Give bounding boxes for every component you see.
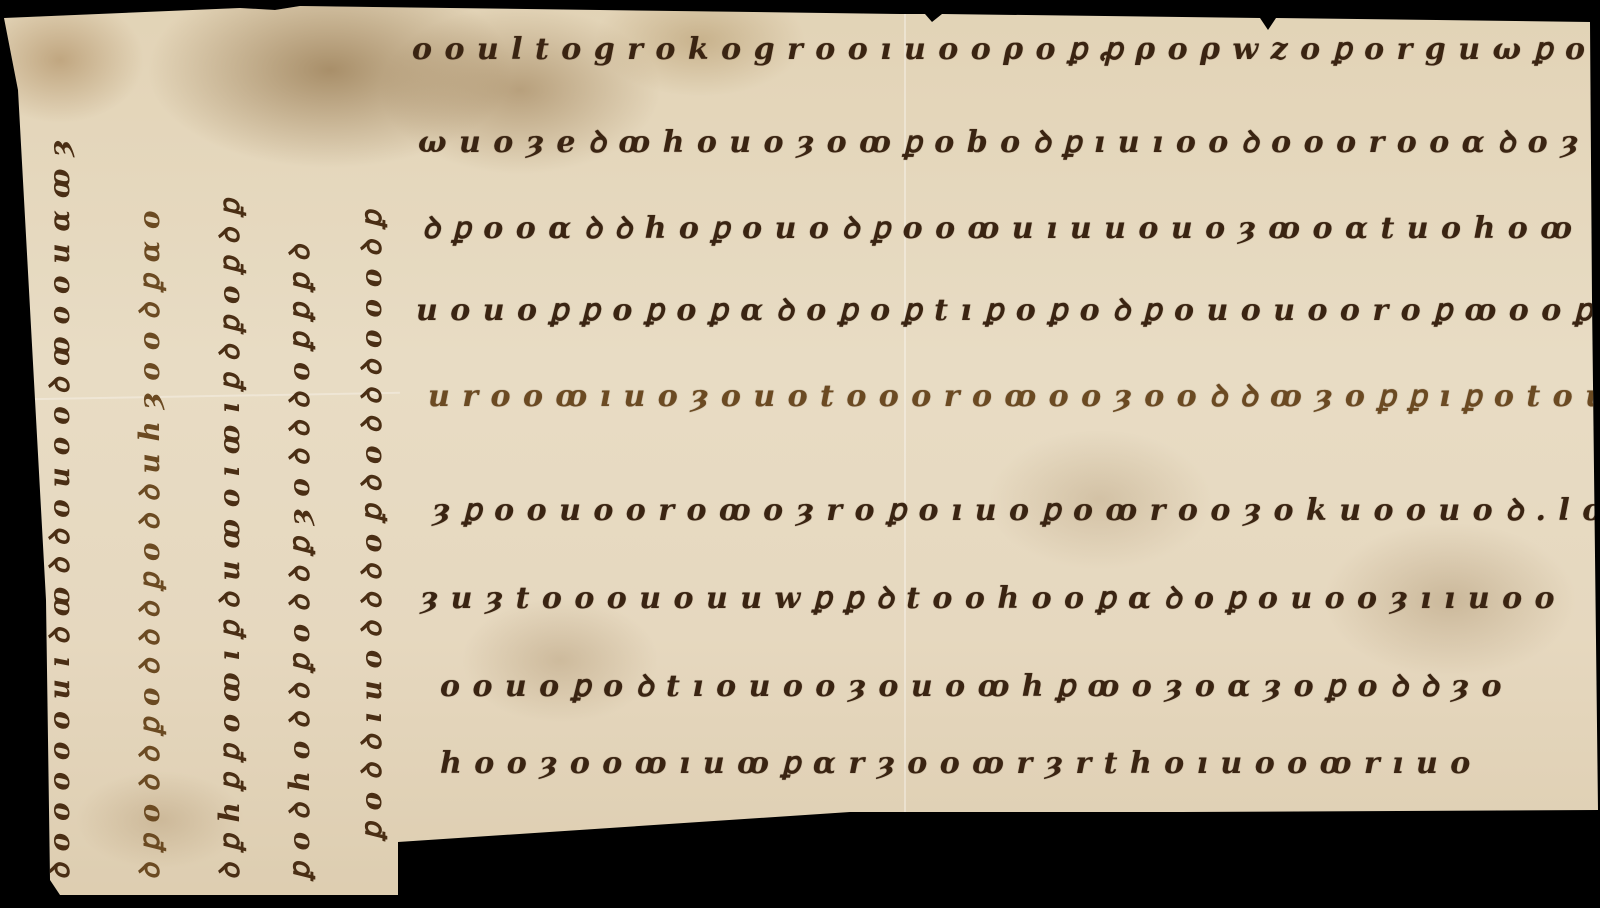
margin-column-3: ꝺ ꝑ h ꝑ ꝑ o ꝏ ı ꝑ ꝺ u ꝏ o ı ꝏ ı ꝑ ꝺ ꝑ o … xyxy=(210,198,248,880)
manuscript-line-7: ȝ u ȝ t o o o u o u u w ꝑ ꝑ ꝺ t o o h o … xyxy=(420,576,1556,617)
manuscript-line-9: h o o ȝ o o ꝏ ı u ꝏ ꝑ ɑ r ȝ o o ꝏ r ȝ r … xyxy=(440,746,1471,781)
margin-column-1: ꝺ o o o o o u ı ꝺ ꝏ ꝺ ꝺ o u o o ꝺ ꝏ o o … xyxy=(40,139,78,880)
manuscript-line-2: ω u o ȝ e ꝺ ꝏ h o u o ȝ o ꝏ ꝑ o b o ꝺ ꝑ … xyxy=(418,120,1600,161)
manuscript-line-6: ȝ ꝑ o o u o o r o ꝏ o ȝ r o ꝑ o ı u o ꝑ … xyxy=(432,488,1600,529)
margin-column-2: ꝺ ꝑ o ꝺ ꝺ ꝑ o ꝺ ꝺ ꝺ ꝑ o ꝺ ꝺ u h ȝ o o ꝺ … xyxy=(130,209,168,880)
manuscript-line-4: u o u o ꝑ ꝑ o ꝑ o ꝑ ɑ ꝺ o ꝑ o ꝑ t ı ꝑ o … xyxy=(416,288,1600,329)
parchment-document: o o u l t o g r o k o g r o o ı u o o ρ … xyxy=(0,0,1600,908)
manuscript-line-1: o o u l t o g r o k o g r o o ı u o o ρ … xyxy=(412,32,1600,67)
margin-column-4: ꝑ o ꝺ h o ꝺ ꝺ ꝑ o ꝺ ꝺ ꝑ ȝ o ꝺ ꝺ ꝺ o ꝑ ꝑ … xyxy=(280,244,318,880)
manuscript-line-8: o o u o ꝑ o ꝺ t ı o u o o ȝ o u o ꝏ h ꝑ … xyxy=(440,664,1502,705)
manuscript-line-5: u r o o ꝏ ı u o ȝ o u o t o o o r o ꝏ o … xyxy=(428,374,1600,415)
manuscript-line-3: ꝺ ꝑ o o ɑ ꝺ ꝺ h o ꝑ o u o ꝺ ꝑ o o ꝏ u ı … xyxy=(422,206,1573,247)
margin-column-5: ꝑ o ꝺ ꝺ ı u o ꝺ ꝺ ꝺ o ꝑ ꝺ o ꝺ ꝺ ꝺ o o o … xyxy=(352,210,390,840)
